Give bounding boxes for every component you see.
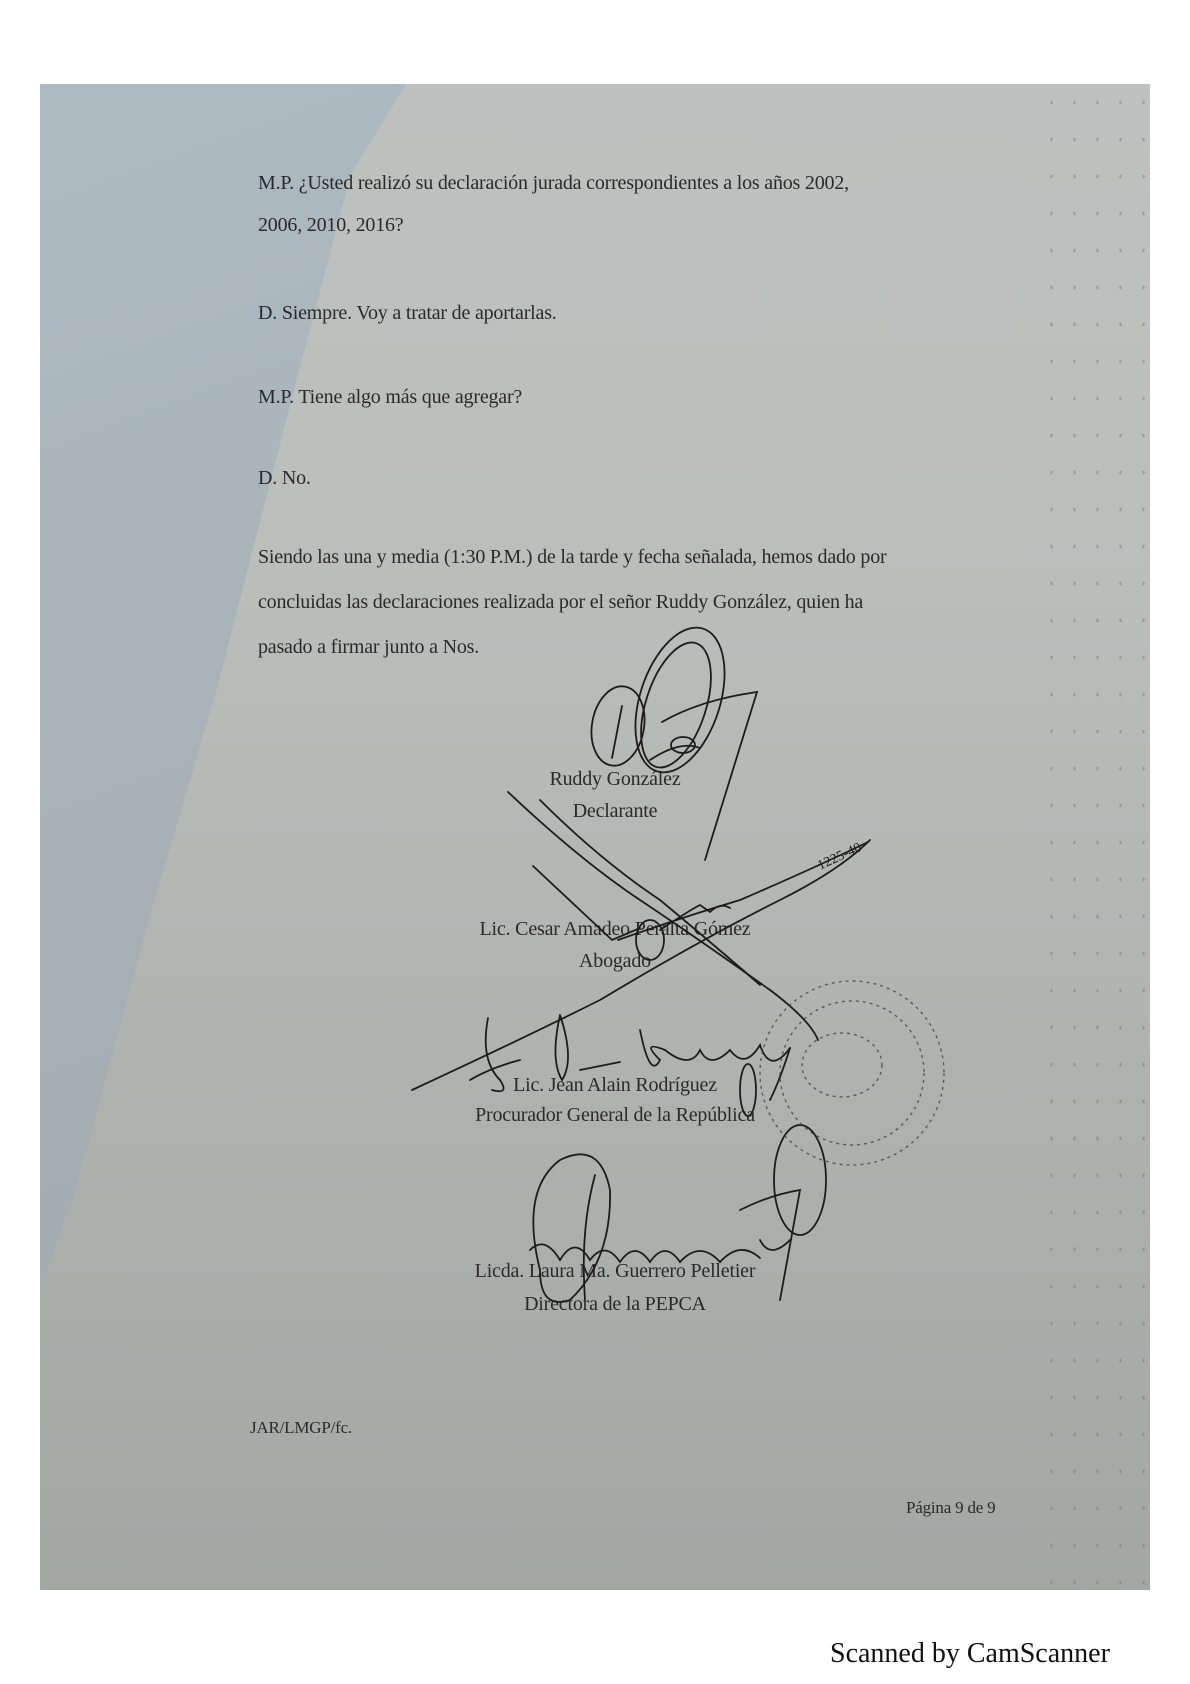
signatory-name-2: Lic. Cesar Amadeo Peralta Gómez (315, 918, 915, 941)
signatory-role-1: Declarante (315, 800, 915, 823)
signatory-role-2: Abogado (315, 950, 915, 973)
page-number: Página 9 de 9 (906, 1498, 995, 1518)
closing-line-2: concluidas las declaraciones realizada p… (258, 591, 863, 614)
scanned-photo (40, 84, 1150, 1590)
question-2: M.P. Tiene algo más que agregar? (258, 386, 522, 409)
closing-line-3: pasado a firmar junto a Nos. (258, 636, 479, 659)
signatory-name-4: Licda. Laura Ma. Guerrero Pelletier (315, 1260, 915, 1283)
question-1-line-1: M.P. ¿Usted realizó su declaración jurad… (258, 172, 849, 195)
answer-2: D. No. (258, 467, 311, 490)
answer-1: D. Siempre. Voy a tratar de aportarlas. (258, 302, 557, 325)
signatory-name-1: Ruddy González (315, 768, 915, 791)
signatory-name-3: Lic. Jean Alain Rodríguez (315, 1074, 915, 1097)
signatory-role-4: Directora de la PEPCA (315, 1293, 915, 1316)
closing-line-1: Siendo las una y media (1:30 P.M.) de la… (258, 546, 886, 569)
signatory-role-3: Procurador General de la República (315, 1104, 915, 1127)
scan-speckles (1040, 84, 1150, 1590)
initials: JAR/LMGP/fc. (250, 1418, 352, 1438)
camscanner-watermark: Scanned by CamScanner (830, 1638, 1110, 1670)
question-1-line-2: 2006, 2010, 2016? (258, 214, 403, 237)
